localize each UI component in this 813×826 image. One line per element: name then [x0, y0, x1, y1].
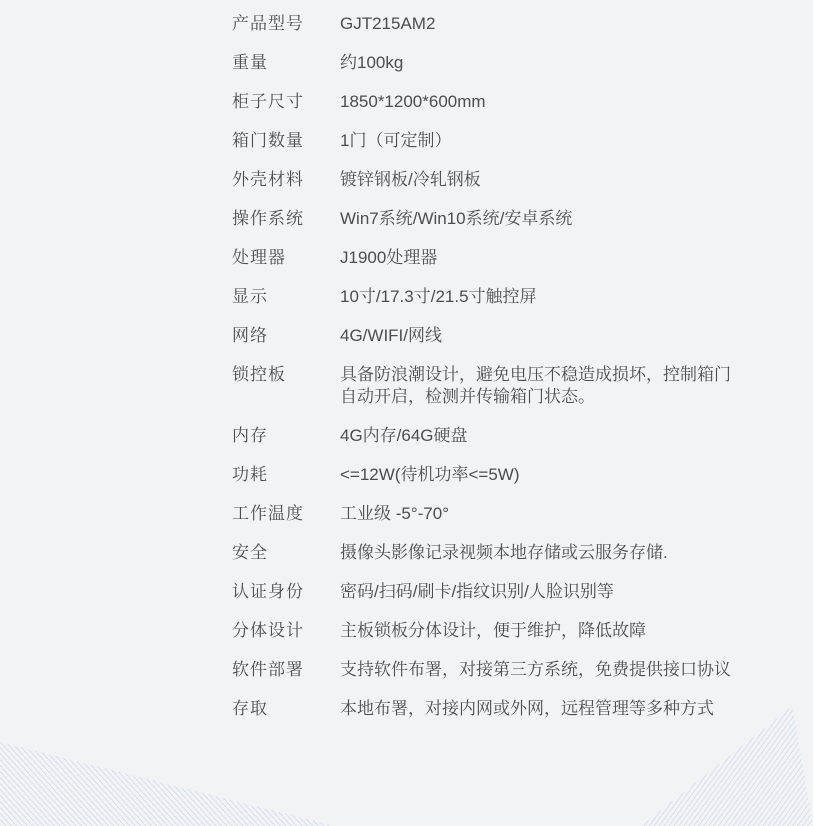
spec-value: 主板锁板分体设计，便于维护，降低故障: [340, 620, 646, 642]
spec-label: 认证身份: [232, 581, 340, 602]
spec-row-cabinet-size: 柜子尺寸 1850*1200*600mm: [232, 91, 738, 113]
spec-value: 工业级 -5°-70°: [340, 503, 449, 525]
spec-value: 10寸/17.3寸/21.5寸触控屏: [340, 286, 537, 308]
spec-row-os: 操作系统 Win7系统/Win10系统/安卓系统: [232, 208, 738, 230]
spec-label: 存取: [232, 698, 340, 719]
spec-row-network: 网络 4G/WIFI/网线: [232, 325, 738, 347]
spec-row-power: 功耗 <=12W(待机功率<=5W): [232, 464, 738, 486]
spec-label: 操作系统: [232, 208, 340, 229]
decor-triangle-left: [0, 742, 335, 826]
spec-label: 锁控板: [232, 364, 340, 385]
spec-label: 安全: [232, 542, 340, 563]
spec-row-split-design: 分体设计 主板锁板分体设计，便于维护，降低故障: [232, 620, 738, 642]
spec-label: 柜子尺寸: [232, 91, 340, 112]
spec-value: 1门（可定制）: [340, 130, 451, 152]
spec-value: 本地布署，对接内网或外网，远程管理等多种方式: [340, 698, 714, 720]
spec-label: 功耗: [232, 464, 340, 485]
spec-row-door-count: 箱门数量 1门（可定制）: [232, 130, 738, 152]
spec-row-model: 产品型号 GJT215AM2: [232, 13, 738, 35]
spec-row-memory: 内存 4G内存/64G硬盘: [232, 425, 738, 447]
decor-triangle-right: [641, 706, 813, 826]
spec-row-identity-auth: 认证身份 密码/扫码/刷卡/指纹识别/人脸识别等: [232, 581, 738, 603]
spec-label: 软件部署: [232, 659, 340, 680]
spec-row-weight: 重量 约100kg: [232, 52, 738, 74]
spec-row-access: 存取 本地布署，对接内网或外网，远程管理等多种方式: [232, 698, 738, 720]
spec-value: 4G/WIFI/网线: [340, 325, 442, 347]
spec-value: Win7系统/Win10系统/安卓系统: [340, 208, 572, 230]
spec-label: 网络: [232, 325, 340, 346]
spec-value: 4G内存/64G硬盘: [340, 425, 468, 447]
product-spec-table: 产品型号 GJT215AM2 重量 约100kg 柜子尺寸 1850*1200*…: [232, 13, 738, 720]
spec-row-processor: 处理器 J1900处理器: [232, 247, 738, 269]
spec-label: 工作温度: [232, 503, 340, 524]
spec-row-software-deploy: 软件部署 支持软件布署，对接第三方系统，免费提供接口协议: [232, 659, 738, 681]
spec-value: 密码/扫码/刷卡/指纹识别/人脸识别等: [340, 581, 614, 603]
spec-value: 1850*1200*600mm: [340, 91, 486, 113]
spec-label: 产品型号: [232, 13, 340, 34]
product-spec-page: { "page": { "background_color": "#f2f3f5…: [0, 0, 813, 826]
spec-row-display: 显示 10寸/17.3寸/21.5寸触控屏: [232, 286, 738, 308]
spec-value: 支持软件布署，对接第三方系统，免费提供接口协议: [340, 659, 731, 681]
spec-value: 具备防浪潮设计，避免电压不稳造成损坏，控制箱门自动开启，检测并传输箱门状态。: [340, 364, 738, 408]
spec-label: 显示: [232, 286, 340, 307]
spec-label: 内存: [232, 425, 340, 446]
spec-value: GJT215AM2: [340, 13, 435, 35]
spec-label: 箱门数量: [232, 130, 340, 151]
spec-value: 约100kg: [340, 52, 403, 74]
spec-label: 处理器: [232, 247, 340, 268]
spec-value: 镀锌钢板/冷轧钢板: [340, 169, 481, 191]
spec-value: J1900处理器: [340, 247, 437, 269]
spec-row-shell-material: 外壳材料 镀锌钢板/冷轧钢板: [232, 169, 738, 191]
spec-value: <=12W(待机功率<=5W): [340, 464, 520, 486]
spec-label: 重量: [232, 52, 340, 73]
spec-value: 摄像头影像记录视频本地存储或云服务存储.: [340, 542, 668, 564]
spec-label: 分体设计: [232, 620, 340, 641]
spec-row-lock-board: 锁控板 具备防浪潮设计，避免电压不稳造成损坏，控制箱门自动开启，检测并传输箱门状…: [232, 364, 738, 408]
spec-label: 外壳材料: [232, 169, 340, 190]
spec-row-security: 安全 摄像头影像记录视频本地存储或云服务存储.: [232, 542, 738, 564]
spec-row-working-temp: 工作温度 工业级 -5°-70°: [232, 503, 738, 525]
